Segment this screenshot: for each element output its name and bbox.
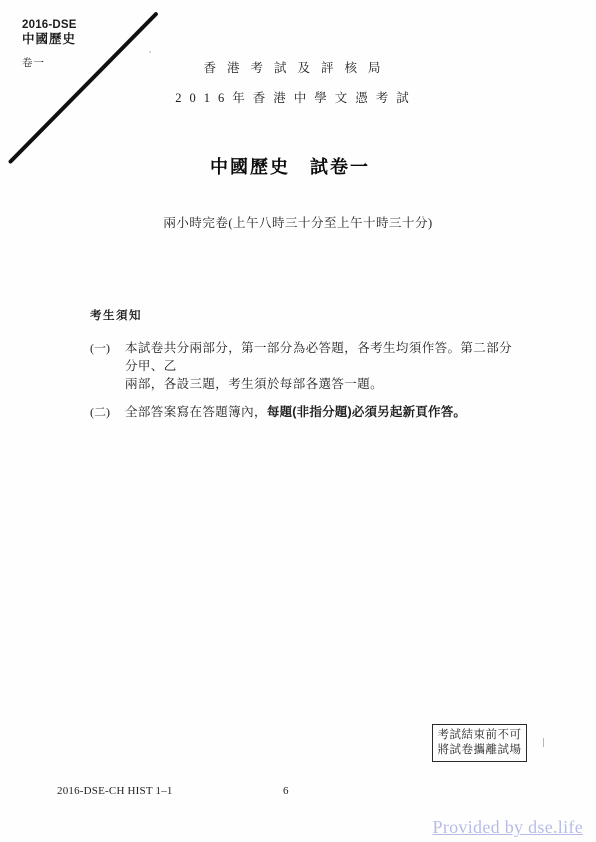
scan-stray-mark [543,738,544,747]
notice-item-2-normal-text: 全部答案寫在答題簿內， [125,405,267,419]
notice-item-1: (一) 本試卷共分兩部分，第一部分為必答題，各考生均須作答。第二部分分甲、乙 兩… [90,339,520,393]
warning-line-1: 考試結束前不可 [433,728,526,743]
page-number: 6 [283,785,289,797]
notice-item-2-bold-text: 每題(非指分題)必須另起新頁作答。 [267,405,466,419]
notice-item-1-text: 本試卷共分兩部分，第一部分為必答題，各考生均須作答。第二部分分甲、乙 兩部，各設… [125,339,520,393]
exam-paper-page: 2016-DSE 中國歷史 卷一 香港考試及評核局 2016年香港中學文憑考試 … [0,0,596,842]
notice-item-1-label: (一) [90,339,125,356]
exam-duration: 兩小時完卷(上午八時三十分至上午十時三十分) [0,213,596,231]
notice-item-1-line-2: 兩部，各設三題，考生須於每部各選答一題。 [125,375,520,393]
footer-paper-code: 2016-DSE-CH HIST 1–1 [57,785,173,797]
exam-header: 香港考試及評核局 2016年香港中學文憑考試 [0,58,584,106]
exam-authority-name: 香港考試及評核局 [0,58,584,76]
corner-subject: 中國歷史 [22,32,77,48]
exam-name: 2016年香港中學文憑考試 [0,88,584,106]
notice-heading: 考生須知 [90,307,520,323]
paper-title: 中國歷史 試卷一 [0,153,580,179]
warning-line-2: 將試卷攜離試場 [433,743,526,758]
do-not-remove-paper-warning-box: 考試結束前不可 將試卷攜離試場 [432,724,527,762]
corner-exam-code: 2016-DSE [22,18,77,32]
notice-item-2-label: (二) [90,403,125,420]
candidate-notice: 考生須知 (一) 本試卷共分兩部分，第一部分為必答題，各考生均須作答。第二部分分… [90,307,520,421]
notice-item-2: (二) 全部答案寫在答題簿內，每題(非指分題)必須另起新頁作答。 [90,403,520,421]
watermark-link[interactable]: Provided by dse.life [433,817,583,838]
scan-speck [149,51,151,53]
notice-item-2-text: 全部答案寫在答題簿內，每題(非指分題)必須另起新頁作答。 [125,403,520,421]
notice-item-1-line-1: 本試卷共分兩部分，第一部分為必答題，各考生均須作答。第二部分分甲、乙 [125,339,520,375]
